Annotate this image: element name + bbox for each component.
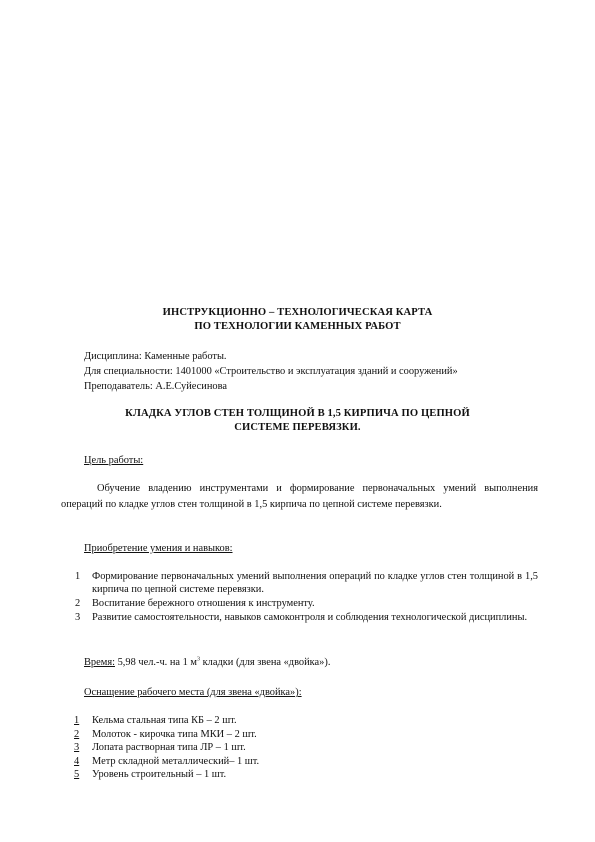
goal-paragraph: Обучение владению инструментами и формир…: [61, 481, 538, 513]
equipment-item: 3Лопата растворная типа ЛР – 1 шт.: [74, 741, 259, 755]
equipment-text: Метр складной металлический– 1 шт.: [92, 756, 259, 767]
equipment-heading: Оснащение рабочего места (для звена «дво…: [84, 686, 302, 699]
equipment-item: 5Уровень строительный – 1 шт.: [74, 768, 259, 782]
equipment-item: 2Молоток - кирочка типа МКИ – 2 шт.: [74, 728, 259, 742]
list-number: 2: [75, 597, 80, 610]
specialty-line: Для специальности: 1401000 «Строительств…: [84, 365, 458, 378]
doc-title-line-1: ИНСТРУКЦИОННО – ТЕХНОЛОГИЧЕСКАЯ КАРТА: [0, 307, 595, 318]
topic-line-1: КЛАДКА УГЛОВ СТЕН ТОЛЩИНОЙ В 1,5 КИРПИЧА…: [0, 408, 595, 419]
equipment-number: 2: [74, 728, 92, 742]
list-number: 3: [75, 611, 80, 624]
time-value-tail: кладки (для звена «двойка»).: [200, 657, 330, 668]
goal-heading: Цель работы:: [84, 454, 143, 467]
skills-list-item: 1 Формирование первоначальных умений вып…: [61, 570, 538, 596]
equipment-number: 5: [74, 768, 92, 782]
time-line: Время: 5,98 чел.-ч. на 1 м3 кладки (для …: [84, 656, 330, 669]
list-number: 1: [75, 570, 80, 583]
skills-heading: Приобретение умения и навыков:: [84, 542, 233, 555]
list-item-text: Формирование первоначальных умений выпол…: [92, 571, 538, 595]
list-item-text: Развитие самостоятельности, навыков само…: [92, 612, 527, 623]
equipment-list: 1Кельма стальная типа КБ – 2 шт. 2Молото…: [74, 714, 259, 782]
time-label: Время:: [84, 657, 115, 668]
equipment-number: 4: [74, 755, 92, 769]
list-item-text: Воспитание бережного отношения к инструм…: [92, 598, 315, 609]
skills-list: 1 Формирование первоначальных умений вып…: [61, 570, 538, 637]
equipment-number: 3: [74, 741, 92, 755]
equipment-item: 1Кельма стальная типа КБ – 2 шт.: [74, 714, 259, 728]
goal-text: Обучение владению инструментами и формир…: [61, 483, 538, 510]
skills-list-item: 2 Воспитание бережного отношения к инстр…: [61, 597, 538, 611]
document-page: ИНСТРУКЦИОННО – ТЕХНОЛОГИЧЕСКАЯ КАРТА ПО…: [0, 0, 595, 842]
equipment-text: Молоток - кирочка типа МКИ – 2 шт.: [92, 729, 257, 740]
equipment-text: Кельма стальная типа КБ – 2 шт.: [92, 715, 237, 726]
doc-title-line-2: ПО ТЕХНОЛОГИИ КАМЕННЫХ РАБОТ: [0, 321, 595, 332]
equipment-text: Уровень строительный – 1 шт.: [92, 769, 226, 780]
skills-list-item: 3 Развитие самостоятельности, навыков са…: [61, 611, 538, 637]
equipment-item: 4Метр складной металлический– 1 шт.: [74, 755, 259, 769]
equipment-text: Лопата растворная типа ЛР – 1 шт.: [92, 742, 246, 753]
discipline-line: Дисциплина: Каменные работы.: [84, 350, 227, 363]
teacher-line: Преподаватель: А.Е.Суйесинова: [84, 380, 227, 393]
time-value: 5,98 чел.-ч. на 1 м: [115, 657, 197, 668]
topic-line-2: СИСТЕМЕ ПЕРЕВЯЗКИ.: [0, 422, 595, 433]
equipment-number: 1: [74, 714, 92, 728]
